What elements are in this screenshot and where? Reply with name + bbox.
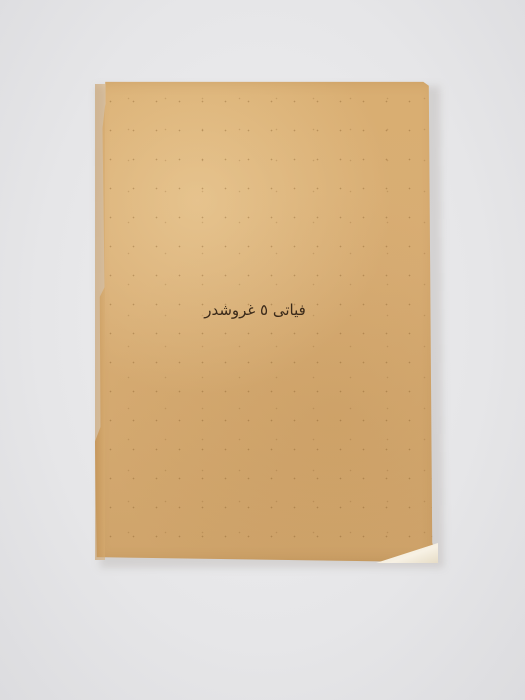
booklet-spine-edge [95,84,105,560]
cover-price-text: فیاتی ٥ غروشدر [190,294,320,326]
